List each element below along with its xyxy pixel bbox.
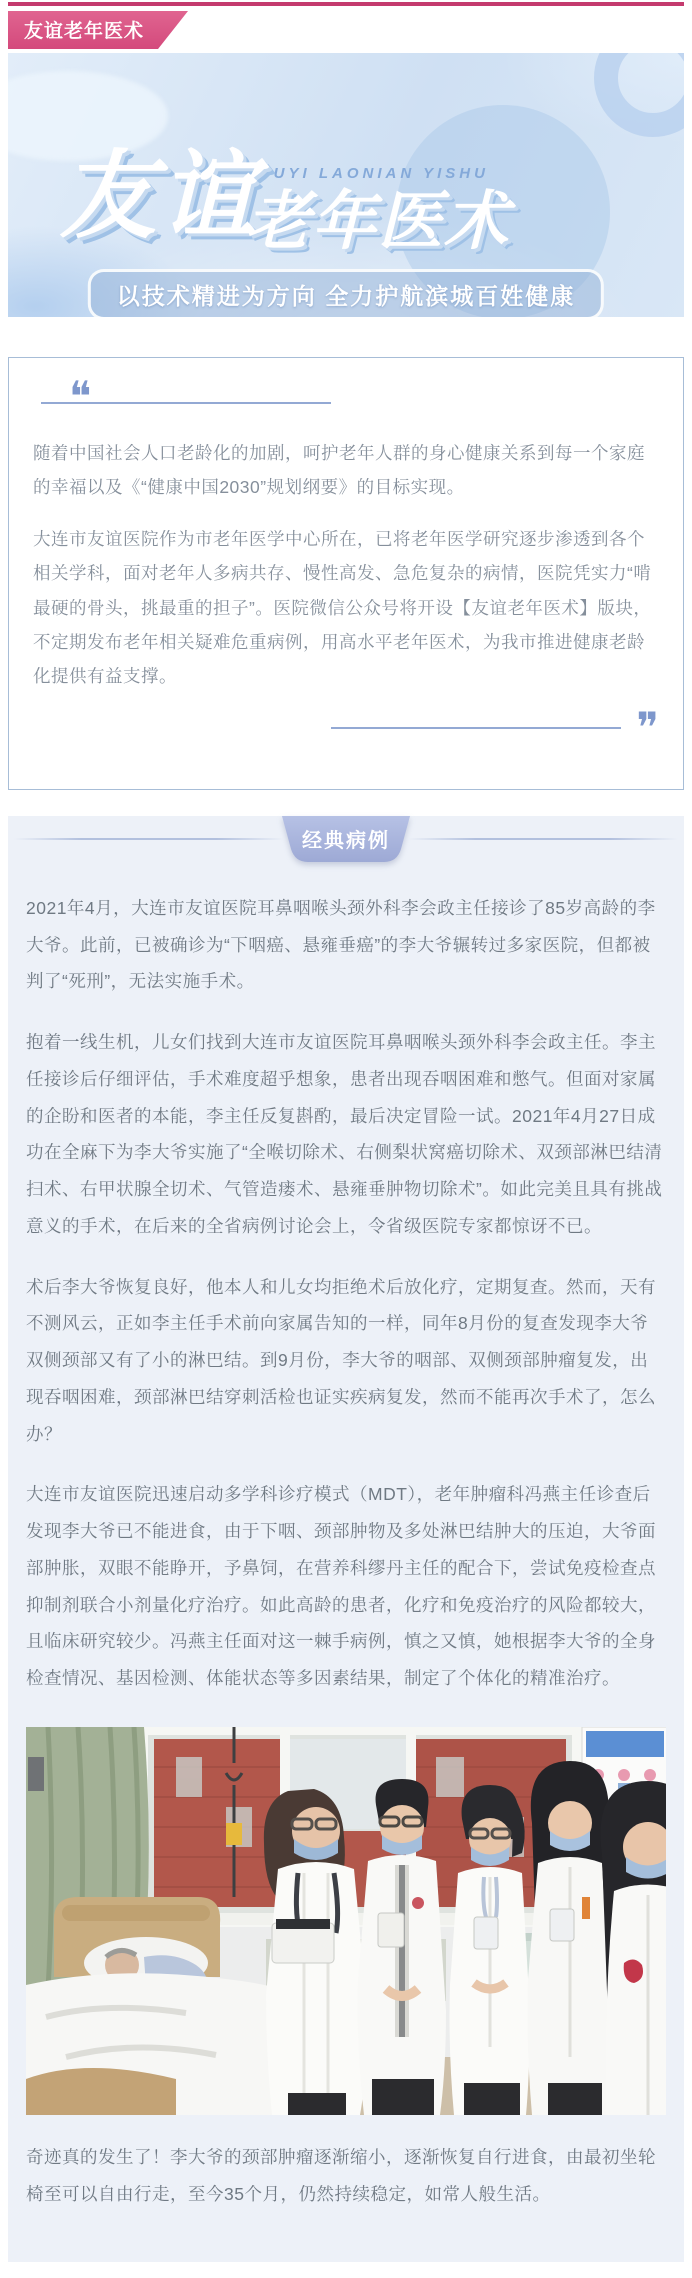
classic-case-section: 经典病例 2021年4月，大连市友谊医院耳鼻咽喉头颈外科李会政主任接诊了85岁高…: [8, 816, 684, 2263]
banner-pinyin: YOUYI LAONIAN YISHU: [244, 165, 489, 182]
case-paragraph-3: 术后李大爷恢复良好，他本人和儿女均拒绝术后放化疗，定期复查。然而，天有不测风云，…: [26, 1269, 666, 1453]
quote-card: ❝ 随着中国社会人口老龄化的加剧，呵护老年人群的身心健康关系到每一个家庭的幸福以…: [8, 357, 684, 790]
case-closing-paragraph: 奇迹真的发生了！李大爷的颈部肿瘤逐渐缩小，逐渐恢复自行进食，由最初坐轮椅至可以自…: [26, 2139, 666, 2213]
doctors-group: [264, 1761, 666, 2115]
badge-left-line: [14, 838, 284, 840]
doctor-5: [600, 1781, 666, 2115]
quote-close-icon: ❞: [636, 703, 659, 752]
article-tag: 友谊老年医术: [8, 11, 188, 49]
banner-title-left: 友谊: [60, 149, 260, 245]
top-accent-line: [8, 2, 684, 6]
case-paragraph-4: 大连市友谊医院迅速启动多学科诊疗模式（MDT），老年肿瘤科冯燕主任诊查后发现李大…: [26, 1476, 666, 1697]
quote-paragraph-2: 大连市友谊医院作为市老年医学中心所在，已将老年医学研究逐步渗透到各个相关学科，面…: [33, 522, 659, 693]
case-paragraph-1: 2021年4月，大连市友谊医院耳鼻咽喉头颈外科李会政主任接诊了85岁高龄的李大爷…: [26, 890, 666, 1000]
banner: YOUYI LAONIAN YISHU 友谊 老年医术 以技术精进为方向 全力护…: [8, 53, 684, 317]
section-badge-row: 经典病例: [8, 816, 684, 866]
section-badge: 经典病例: [282, 816, 410, 863]
section-badge-label: 经典病例: [302, 828, 390, 852]
decor-ring: [594, 53, 684, 137]
banner-title-right: 老年医术: [246, 189, 510, 253]
article-tag-label: 友谊老年医术: [24, 21, 144, 42]
case-paragraph-2: 抱着一线生机，儿女们找到大连市友谊医院耳鼻咽喉头颈外科李会政主任。李主任接诊后仔…: [26, 1024, 666, 1245]
ward-photo: [26, 1727, 666, 2115]
quote-close-line: [331, 727, 621, 729]
quote-close-row: ❞: [31, 711, 661, 745]
badge-right-line: [408, 838, 678, 840]
quote-open-row: ❝: [31, 388, 661, 418]
quote-open-icon: ❝: [69, 372, 92, 421]
doctor-4: [528, 1761, 611, 2115]
banner-slogan: 以技术精进为方向 全力护航滨城百姓健康: [88, 269, 604, 317]
quote-paragraph-1: 随着中国社会人口老龄化的加剧，呵护老年人群的身心健康关系到每一个家庭的幸福以及《…: [33, 436, 659, 504]
article-page: 友谊老年医术 YOUYI LAONIAN YISHU 友谊 老年医术 以技术精进…: [0, 0, 692, 2278]
bottom-spacer: [0, 2262, 692, 2278]
